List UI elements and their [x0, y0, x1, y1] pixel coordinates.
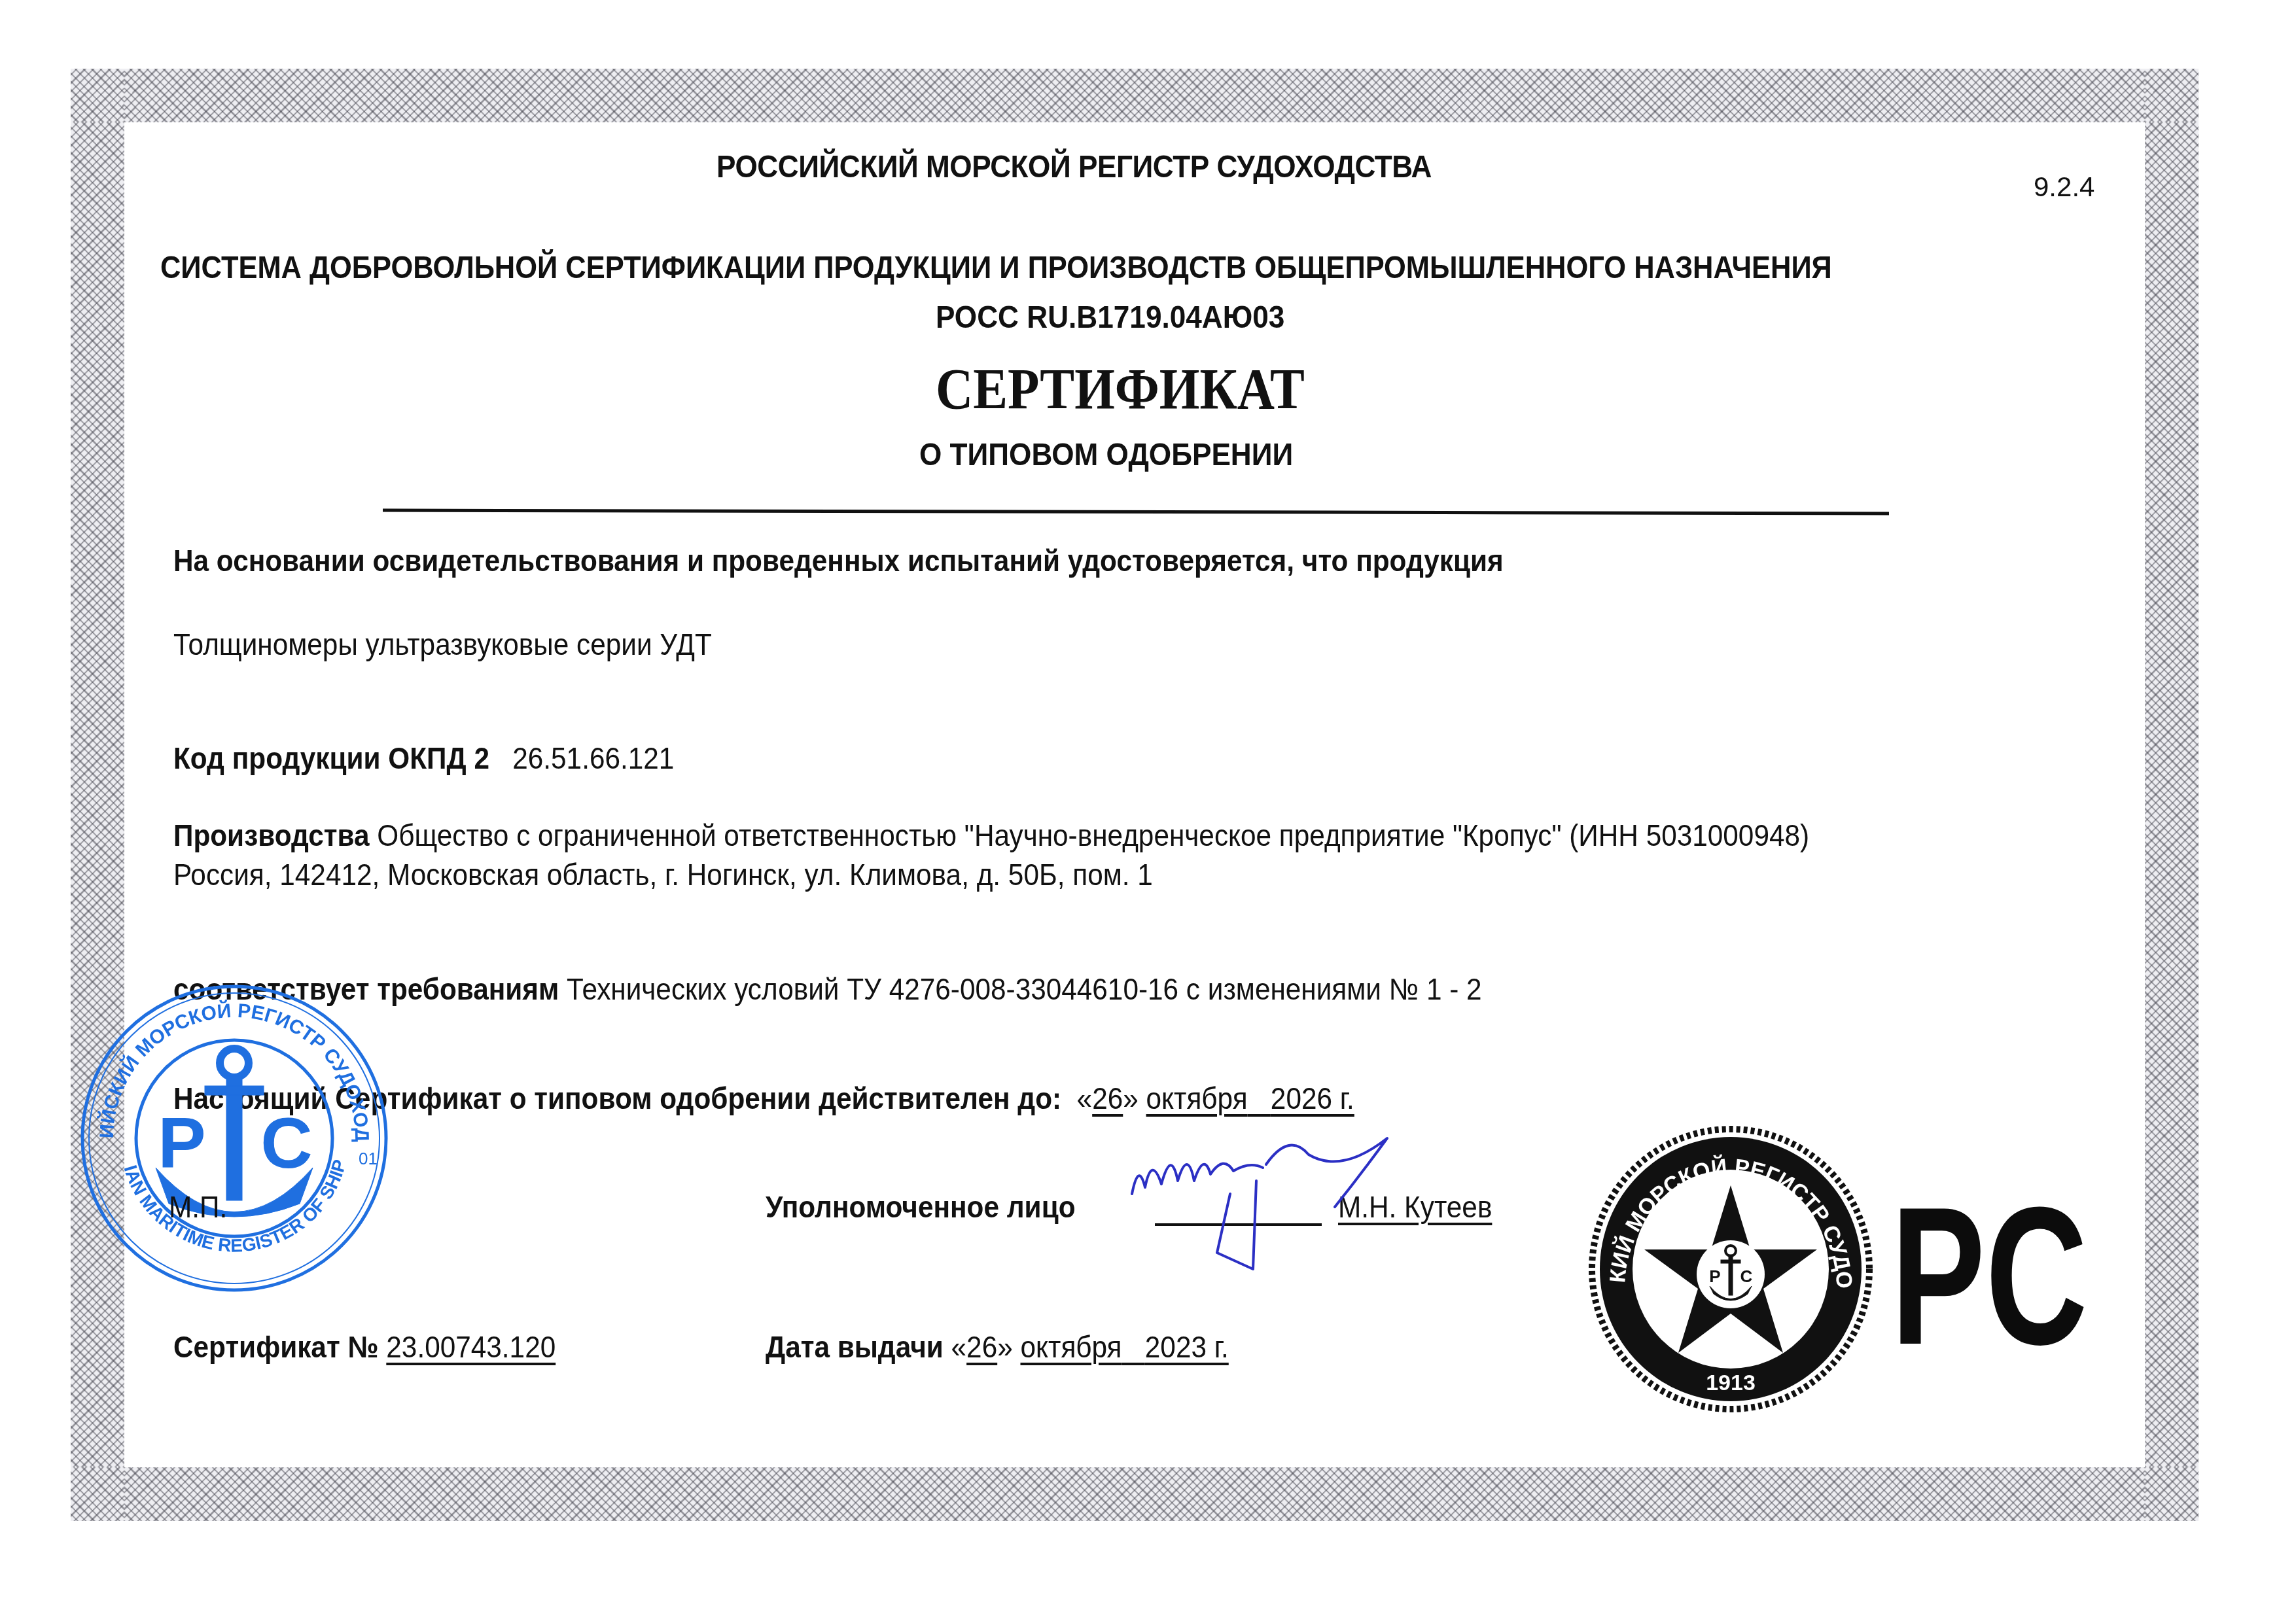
- issue-date-row: Дата выдачи «26» октября 2023 г.: [766, 1329, 1229, 1365]
- issue-date-month: октября: [1020, 1330, 1122, 1364]
- validity-month: октября: [1146, 1081, 1248, 1115]
- certificate-number-label: Сертификат №: [173, 1330, 379, 1364]
- issue-date-label: Дата выдачи: [766, 1330, 944, 1364]
- stamp-number: 01: [359, 1149, 378, 1168]
- form-code: 9.2.4: [2034, 171, 2094, 203]
- stamp-top-text: РОССИЙСКИЙ МОРСКОЙ РЕГИСТР СУДОХОДСТВА: [77, 981, 372, 1142]
- organization-header: РОССИЙСКИЙ МОРСКОЙ РЕГИСТР СУДОХОДСТВА: [716, 149, 1432, 185]
- product-code-value: 26.51.66.121: [512, 741, 674, 775]
- issue-date-year: 2023 г.: [1145, 1330, 1229, 1364]
- logo-letter-right: С: [1740, 1266, 1753, 1286]
- product-code-label: Код продукции ОКПД 2: [173, 741, 489, 775]
- issue-date-month-year: октября 2023 г.: [1020, 1330, 1228, 1364]
- seal-place: М.П.: [169, 1189, 227, 1225]
- issue-date-day: 26: [966, 1330, 997, 1364]
- manufacturer-label: Производства: [173, 818, 369, 852]
- logo-year: 1913: [1706, 1370, 1756, 1395]
- authorized-person-label: Уполномоченное лицо: [766, 1189, 1075, 1225]
- document-title: СЕРТИФИКАТ: [936, 357, 1305, 423]
- manufacturer-name: Общество с ограниченной ответственностью…: [377, 818, 1809, 852]
- stamp-letter-left: Р: [158, 1103, 205, 1183]
- certificate-number-value: 23.00743.120: [386, 1330, 556, 1364]
- certification-system: СИСТЕМА ДОБРОВОЛЬНОЙ СЕРТИФИКАЦИИ ПРОДУК…: [160, 250, 1832, 286]
- blue-official-stamp: РОССИЙСКИЙ МОРСКОЙ РЕГИСТР СУДОХОДСТВА R…: [77, 981, 391, 1295]
- system-registration: РОСС RU.B1719.04АЮ03: [936, 300, 1284, 336]
- handwritten-signature: [1125, 1135, 1492, 1285]
- basis-statement: На основании освидетельствования и прове…: [173, 543, 1504, 578]
- svg-text:РОССИЙСКИЙ МОРСКОЙ РЕГИСТР СУД: РОССИЙСКИЙ МОРСКОЙ РЕГИСТР СУДОХОДСТВА: [77, 981, 372, 1142]
- certificate-number-row: Сертификат № 23.00743.120: [173, 1329, 556, 1365]
- conformity-value: Технических условий ТУ 4276-008-33044610…: [567, 972, 1482, 1006]
- validity-month-year: октября 2026 г.: [1146, 1081, 1354, 1115]
- logo-wordmark: РС: [1891, 1178, 2091, 1374]
- product-name: Толщиномеры ультразвуковые серии УДТ: [173, 627, 712, 662]
- stamp-letter-right: С: [260, 1103, 312, 1183]
- validity-day: 26: [1092, 1081, 1123, 1115]
- manufacturer-address: Россия, 142412, Московская область, г. Н…: [173, 857, 1153, 892]
- document-subtitle: О ТИПОВОМ ОДОБРЕНИИ: [919, 437, 1293, 473]
- logo-letter-left: Р: [1709, 1266, 1720, 1286]
- product-code-row: Код продукции ОКПД 2 26.51.66.121: [173, 741, 674, 776]
- register-logo-seal: РОССИЙСКИЙ МОРСКОЙ РЕГИСТР СУДОХОДСТВА 1…: [1587, 1125, 1875, 1413]
- validity-year: 2026 г.: [1271, 1081, 1354, 1115]
- manufacturer-row: Производства Общество с ограниченной отв…: [173, 818, 1809, 853]
